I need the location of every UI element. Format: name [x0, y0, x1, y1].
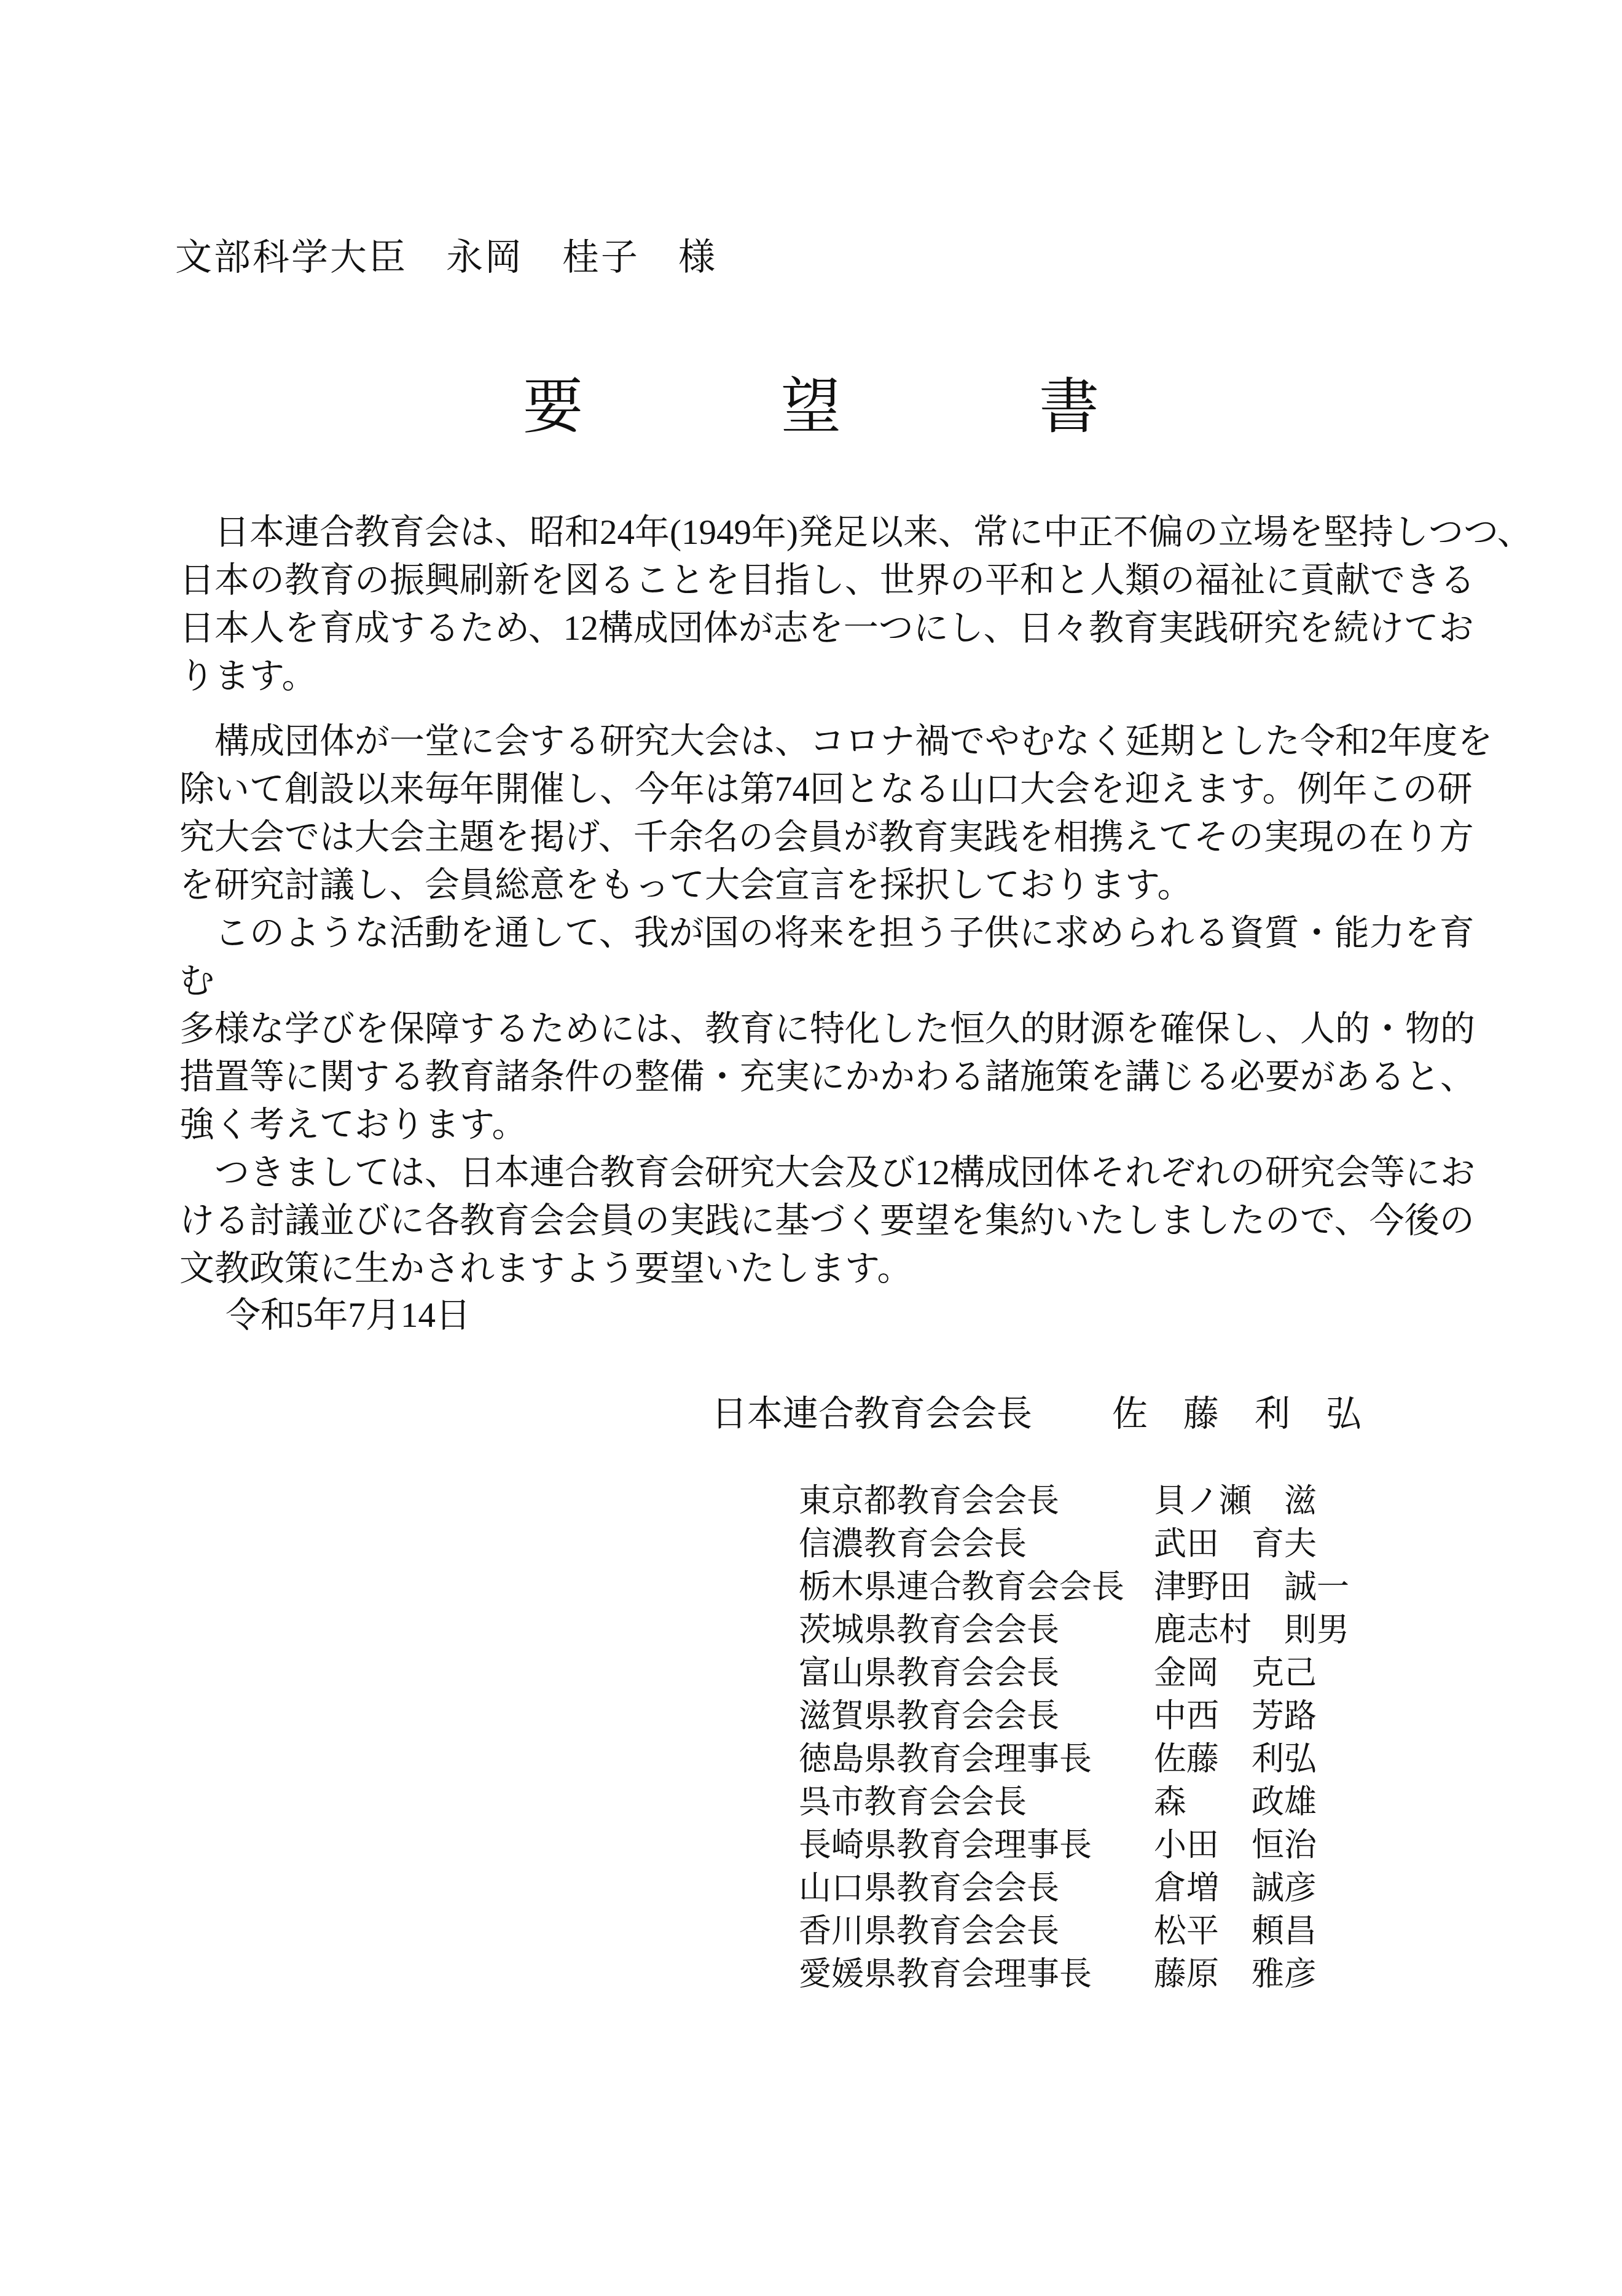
paragraph-line: ける討議並びに各教育会会員の実践に基づく要望を集約いたしましたので、今後の [179, 1197, 1454, 1245]
signatory-title: 東京都教育会会長 [799, 1475, 1154, 1522]
signatory-row: 茨城県教育会会長 鹿志村 則男 [799, 1606, 1349, 1649]
paragraph-line: 構成団体が一堂に会する研究大会は、コロナ禍でやむなく延期とした令和2年度を [179, 718, 1454, 766]
paragraph-line: を研究討議し、会員総意をもって大会宣言を採択しております。 [179, 862, 1454, 910]
paragraph-1: 日本連合教育会は、昭和24年(1949年)発足以来、常に中正不偏の立場を堅持しつ… [179, 509, 1454, 701]
signatory-name: 鹿志村 則男 [1154, 1604, 1349, 1651]
date: 令和5年7月14日 [225, 1292, 471, 1340]
signatory-name: 中西 芳路 [1154, 1690, 1317, 1737]
signatory-name: 津野田 誠一 [1154, 1561, 1349, 1608]
paragraph-line: 措置等に関する教育諸条件の整備・充実にかかわる諸施策を講じる必要があると、 [179, 1053, 1454, 1101]
signatory-row: 滋賀県教育会会長 中西 芳路 [799, 1692, 1349, 1735]
signatory-row: 信濃教育会会長 武田 育夫 [799, 1520, 1349, 1563]
document-title: 要 望 書 [0, 374, 1622, 441]
signatory-row: 徳島県教育会理事長 佐藤 利弘 [799, 1735, 1349, 1778]
signatory-title: 栃木県連合教育会会長 [799, 1561, 1154, 1608]
signatory-title: 富山県教育会会長 [799, 1647, 1154, 1694]
signatory-name: 倉増 誠彦 [1154, 1862, 1317, 1909]
signatory-title: 呉市教育会会長 [799, 1776, 1154, 1823]
signatory-title: 愛媛県教育会理事長 [799, 1948, 1154, 1995]
signatory-title: 長崎県教育会理事長 [799, 1819, 1154, 1866]
signatory-title: 徳島県教育会理事長 [799, 1733, 1154, 1780]
paragraph-line: 強く考えております。 [179, 1101, 1454, 1149]
signatory-row: 東京都教育会会長 貝ノ瀬 滋 [799, 1477, 1349, 1520]
signatory-title: 山口県教育会会長 [799, 1862, 1154, 1909]
paragraph-line: 究大会では大会主題を掲げ、千余名の会員が教育実践を相携えてその実現の在り方 [179, 814, 1454, 862]
paragraph-line: 日本人を育成するため、12構成団体が志を一つにし、日々教育実践研究を続けてお [179, 605, 1454, 653]
signatory-name: 松平 頼昌 [1154, 1905, 1317, 1952]
signatory-row: 長崎県教育会理事長 小田 恒治 [799, 1821, 1349, 1864]
paragraph-line: ります。 [179, 653, 1454, 701]
document-page: 文部科学大臣 永岡 桂子 様 要 望 書 日本連合教育会は、昭和24年(1949… [0, 0, 1622, 2296]
signature-line: 日本連合教育会会長 佐 藤 利 弘 [711, 1390, 1361, 1438]
paragraph-line: 文教政策に生かされますよう要望いたします。 [179, 1245, 1454, 1293]
signatory-name: 金岡 克己 [1154, 1647, 1317, 1694]
signatory-row: 栃木県連合教育会会長 津野田 誠一 [799, 1563, 1349, 1606]
signatory-name: 小田 恒治 [1154, 1819, 1317, 1866]
paragraph-line: つきましては、日本連合教育会研究大会及び12構成団体それぞれの研究会等にお [179, 1149, 1454, 1197]
signatory-name: 藤原 雅彦 [1154, 1948, 1317, 1995]
signatory-name: 貝ノ瀬 滋 [1154, 1475, 1317, 1522]
paragraph-line: む [179, 957, 1454, 1005]
signature-name: 佐 藤 利 弘 [1112, 1390, 1361, 1438]
body-text: 日本連合教育会は、昭和24年(1949年)発足以来、常に中正不偏の立場を堅持しつ… [179, 509, 1454, 1293]
signature-org: 日本連合教育会会長 [711, 1390, 1032, 1438]
signatory-title: 信濃教育会会長 [799, 1518, 1154, 1565]
signatory-title: 茨城県教育会会長 [799, 1604, 1154, 1651]
signatory-name: 武田 育夫 [1154, 1518, 1317, 1565]
paragraph-line: 多様な学びを保障するためには、教育に特化した恒久的財源を確保し、人的・物的 [179, 1005, 1454, 1053]
addressee: 文部科学大臣 永岡 桂子 様 [175, 234, 717, 281]
signatory-title: 滋賀県教育会会長 [799, 1690, 1154, 1737]
paragraph-line: このような活動を通して、我が国の将来を担う子供に求められる資質・能力を育 [179, 910, 1454, 957]
signatory-row: 山口県教育会会長 倉増 誠彦 [799, 1864, 1349, 1907]
paragraph-line: 日本連合教育会は、昭和24年(1949年)発足以来、常に中正不偏の立場を堅持しつ… [179, 509, 1454, 557]
paragraph-3: このような活動を通して、我が国の将来を担う子供に求められる資質・能力を育 む 多… [179, 910, 1454, 1149]
signatory-name: 佐藤 利弘 [1154, 1733, 1317, 1780]
signatory-row: 富山県教育会会長 金岡 克己 [799, 1649, 1349, 1692]
signatory-row: 香川県教育会会長 松平 頼昌 [799, 1907, 1349, 1950]
paragraph-4: つきましては、日本連合教育会研究大会及び12構成団体それぞれの研究会等にお ける… [179, 1149, 1454, 1293]
paragraph-line: 日本の教育の振興刷新を図ることを目指し、世界の平和と人類の福祉に貢献できる [179, 557, 1454, 605]
paragraph-2: 構成団体が一堂に会する研究大会は、コロナ禍でやむなく延期とした令和2年度を 除い… [179, 718, 1454, 910]
signatory-name: 森 政雄 [1154, 1776, 1317, 1823]
paragraph-line: 除いて創設以来毎年開催し、今年は第74回となる山口大会を迎えます。例年この研 [179, 766, 1454, 814]
signatories-list: 東京都教育会会長 貝ノ瀬 滋 信濃教育会会長 武田 育夫 栃木県連合教育会会長 … [799, 1477, 1349, 1993]
signatory-title: 香川県教育会会長 [799, 1905, 1154, 1952]
signatory-row: 愛媛県教育会理事長 藤原 雅彦 [799, 1950, 1349, 1993]
signatory-row: 呉市教育会会長 森 政雄 [799, 1778, 1349, 1821]
